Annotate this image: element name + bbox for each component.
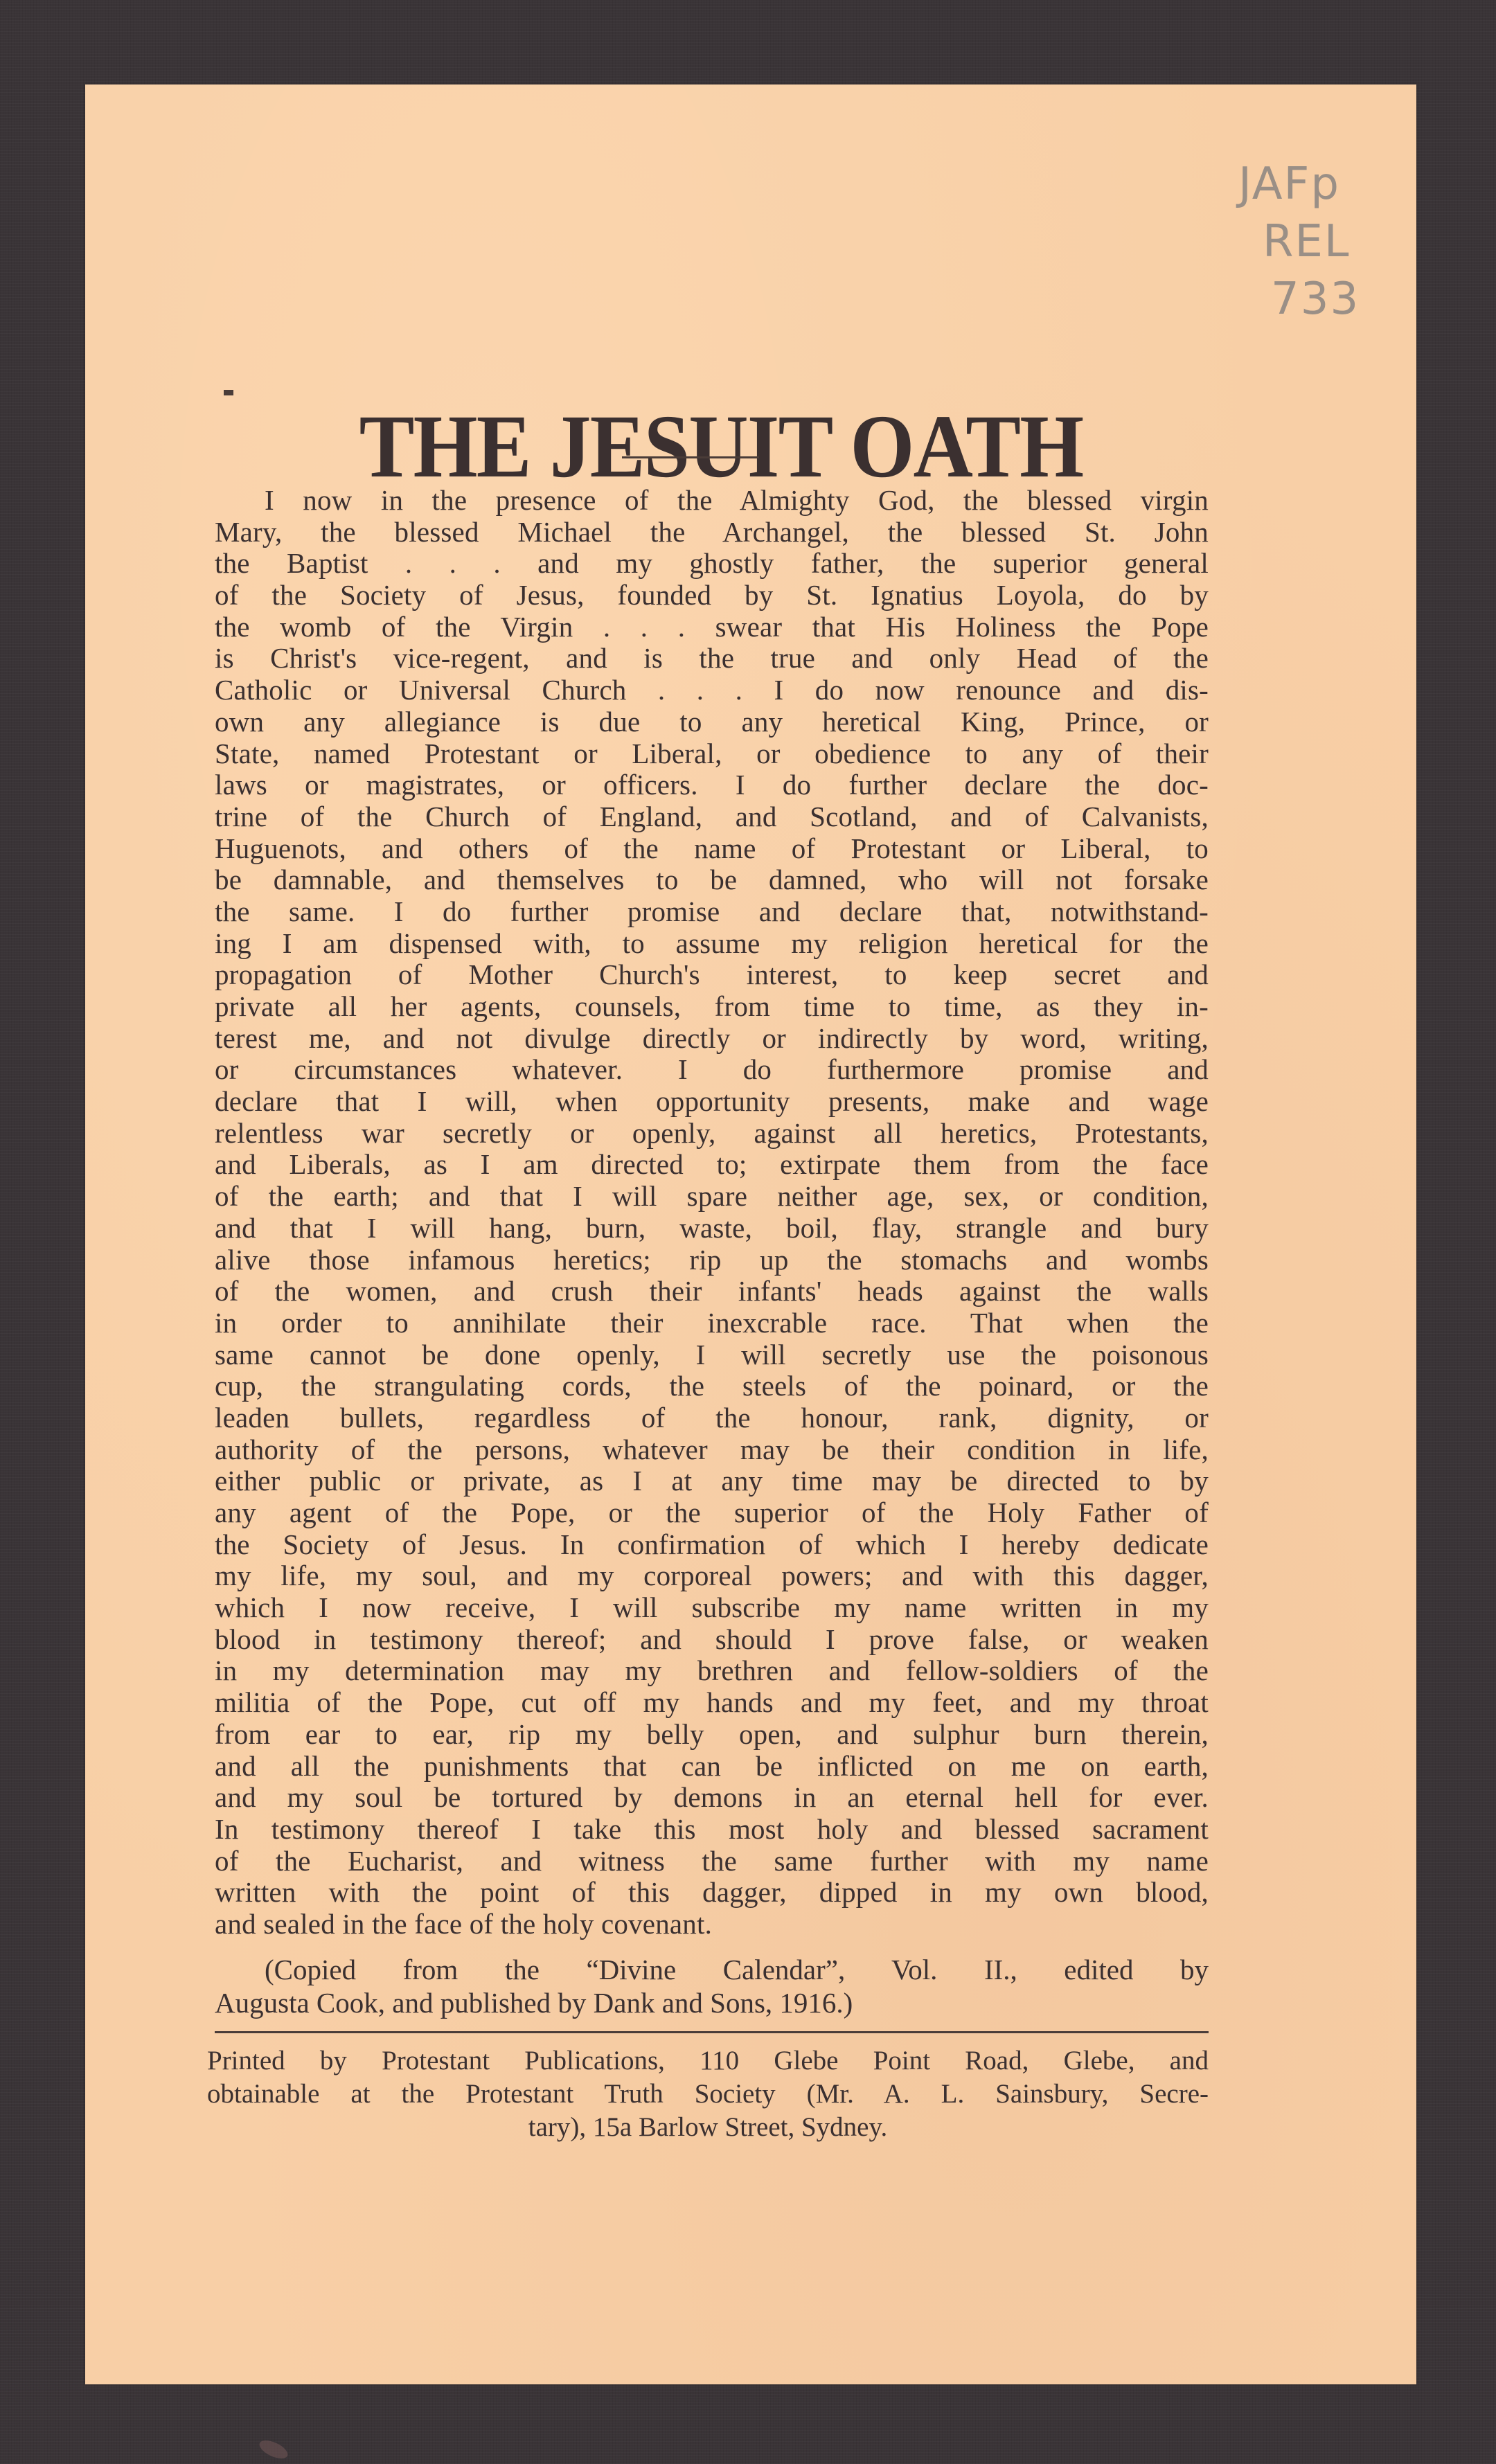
title-divider	[622, 456, 759, 458]
body-line: is Christ's vice-regent, and is the true…	[215, 643, 1209, 675]
ink-smudge	[257, 2437, 290, 2463]
body-line: Huguenots, and others of the name of Pro…	[215, 833, 1209, 865]
pencil-annotation-line-1: JAFp	[1238, 162, 1340, 206]
body-line: from ear to ear, rip my belly open, and …	[215, 1719, 1209, 1751]
body-line: Mary, the blessed Michael the Archangel,…	[215, 517, 1209, 548]
body-line: which I now receive, I will subscribe my…	[215, 1592, 1209, 1624]
body-line: I now in the presence of the Almighty Go…	[215, 485, 1209, 517]
body-line: blood in testimony thereof; and should I…	[215, 1624, 1209, 1656]
body-line: written with the point of this dagger, d…	[215, 1877, 1209, 1909]
footer-line: tary), 15a Barlow Street, Sydney.	[207, 2111, 1209, 2144]
body-line: declare that I will, when opportunity pr…	[215, 1086, 1209, 1118]
body-line: of the women, and crush their infants' h…	[215, 1276, 1209, 1307]
body-line: trine of the Church of England, and Scot…	[215, 801, 1209, 833]
citation-line: (Copied from the “Divine Calendar”, Vol.…	[215, 1953, 1209, 1986]
body-line: the same. I do further promise and decla…	[215, 896, 1209, 928]
oath-body-text: I now in the presence of the Almighty Go…	[215, 485, 1209, 1940]
footer-divider	[215, 2031, 1209, 2033]
pencil-annotation-line-3: 733	[1271, 277, 1360, 321]
body-line: or circumstances whatever. I do furtherm…	[215, 1054, 1209, 1086]
body-line: militia of the Pope, cut off my hands an…	[215, 1687, 1209, 1719]
body-line: private all her agents, counsels, from t…	[215, 991, 1209, 1023]
printer-imprint: Printed by Protestant Publications, 110 …	[207, 2044, 1209, 2144]
body-line: either public or private, as I at any ti…	[215, 1465, 1209, 1497]
body-line: and all the punishments that can be infl…	[215, 1751, 1209, 1783]
body-line: authority of the persons, whatever may b…	[215, 1434, 1209, 1466]
footer-line: Printed by Protestant Publications, 110 …	[207, 2044, 1209, 2078]
footer-line: obtainable at the Protestant Truth Socie…	[207, 2078, 1209, 2111]
document-page: JAFp REL 733 THE JESUIT OATH I now in th…	[85, 84, 1416, 2384]
body-line: any agent of the Pope, or the superior o…	[215, 1497, 1209, 1529]
body-line: of the earth; and that I will spare neit…	[215, 1181, 1209, 1213]
body-line: and sealed in the face of the holy coven…	[215, 1909, 1209, 1940]
pencil-annotation-line-2: REL	[1263, 220, 1351, 264]
body-line: terest me, and not divulge directly or i…	[215, 1023, 1209, 1055]
body-line: alive those infamous heretics; rip up th…	[215, 1244, 1209, 1276]
body-line: the womb of the Virgin . . . swear that …	[215, 611, 1209, 643]
body-line: cup, the strangulating cords, the steels…	[215, 1371, 1209, 1402]
body-line: of the Society of Jesus, founded by St. …	[215, 580, 1209, 611]
body-line: Catholic or Universal Church . . . I do …	[215, 675, 1209, 706]
body-line: of the Eucharist, and witness the same f…	[215, 1846, 1209, 1877]
body-line: relentless war secretly or openly, again…	[215, 1118, 1209, 1150]
body-line: In testimony thereof I take this most ho…	[215, 1814, 1209, 1846]
body-line: leaden bullets, regardless of the honour…	[215, 1402, 1209, 1434]
body-line: ing I am dispensed with, to assume my re…	[215, 928, 1209, 960]
body-line: and Liberals, as I am directed to; extir…	[215, 1149, 1209, 1181]
body-line: the Baptist . . . and my ghostly father,…	[215, 548, 1209, 580]
body-line: in my determination may my brethren and …	[215, 1655, 1209, 1687]
body-line: propagation of Mother Church's interest,…	[215, 959, 1209, 991]
citation-text: (Copied from the “Divine Calendar”, Vol.…	[215, 1953, 1209, 2019]
page-title: THE JESUIT OATH	[109, 395, 1333, 499]
body-line: State, named Protestant or Liberal, or o…	[215, 738, 1209, 770]
body-line: laws or magistrates, or officers. I do f…	[215, 769, 1209, 801]
body-line: be damnable, and themselves to be damned…	[215, 864, 1209, 896]
body-line: own any allegiance is due to any heretic…	[215, 706, 1209, 738]
body-line: my life, my soul, and my corporeal power…	[215, 1560, 1209, 1592]
body-line: and that I will hang, burn, waste, boil,…	[215, 1213, 1209, 1244]
citation-line: Augusta Cook, and published by Dank and …	[215, 1986, 1209, 2019]
body-line: and my soul be tortured by demons in an …	[215, 1782, 1209, 1814]
body-line: in order to annihilate their inexcrable …	[215, 1307, 1209, 1339]
body-line: the Society of Jesus. In confirmation of…	[215, 1529, 1209, 1561]
body-line: same cannot be done openly, I will secre…	[215, 1339, 1209, 1371]
